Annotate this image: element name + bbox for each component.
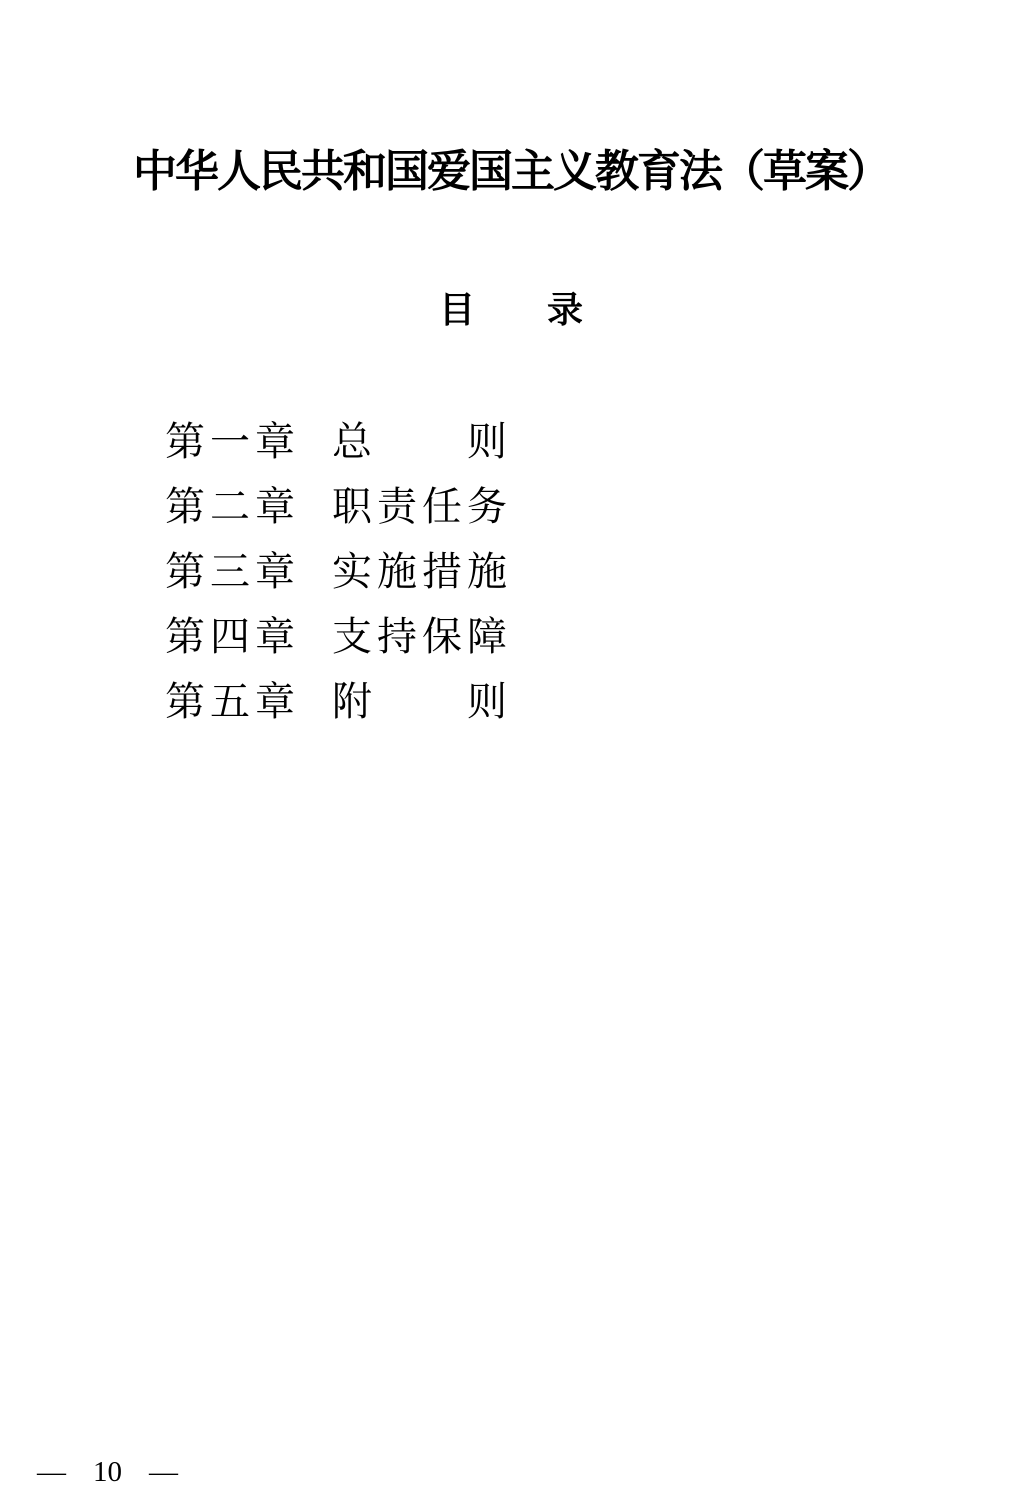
toc-list: 第一章 总 则 第二章 职责任务 第三章 实施措施 第四章 支持保障 第五章 附…: [165, 409, 512, 734]
toc-entry-chapter-1: 第一章 总 则: [165, 409, 512, 474]
toc-entry-chapter-3: 第三章 实施措施: [165, 539, 512, 604]
chapter-number: 第一章: [165, 409, 300, 474]
page-number: 10: [93, 1452, 122, 1492]
chapter-number: 第三章: [165, 539, 300, 604]
page-footer: — 10 —: [37, 1452, 178, 1492]
chapter-title: 职责任务: [332, 474, 512, 539]
chapter-title: 实施措施: [332, 539, 512, 604]
chapter-title: 附 则: [332, 669, 512, 734]
footer-dash-left: —: [37, 1452, 66, 1492]
chapter-number: 第五章: [165, 669, 300, 734]
chapter-title: 支持保障: [332, 604, 512, 669]
toc-entry-chapter-5: 第五章 附 则: [165, 669, 512, 734]
toc-heading: 目 录: [0, 288, 1022, 332]
chapter-title: 总 则: [332, 409, 512, 474]
toc-entry-chapter-2: 第二章 职责任务: [165, 474, 512, 539]
toc-entry-chapter-4: 第四章 支持保障: [165, 604, 512, 669]
footer-dash-right: —: [149, 1452, 178, 1492]
document-title: 中华人民共和国爱国主义教育法（草案）: [0, 146, 1022, 198]
chapter-number: 第四章: [165, 604, 300, 669]
document-page: 中华人民共和国爱国主义教育法（草案） 目 录 第一章 总 则 第二章 职责任务 …: [0, 0, 1022, 1511]
chapter-number: 第二章: [165, 474, 300, 539]
